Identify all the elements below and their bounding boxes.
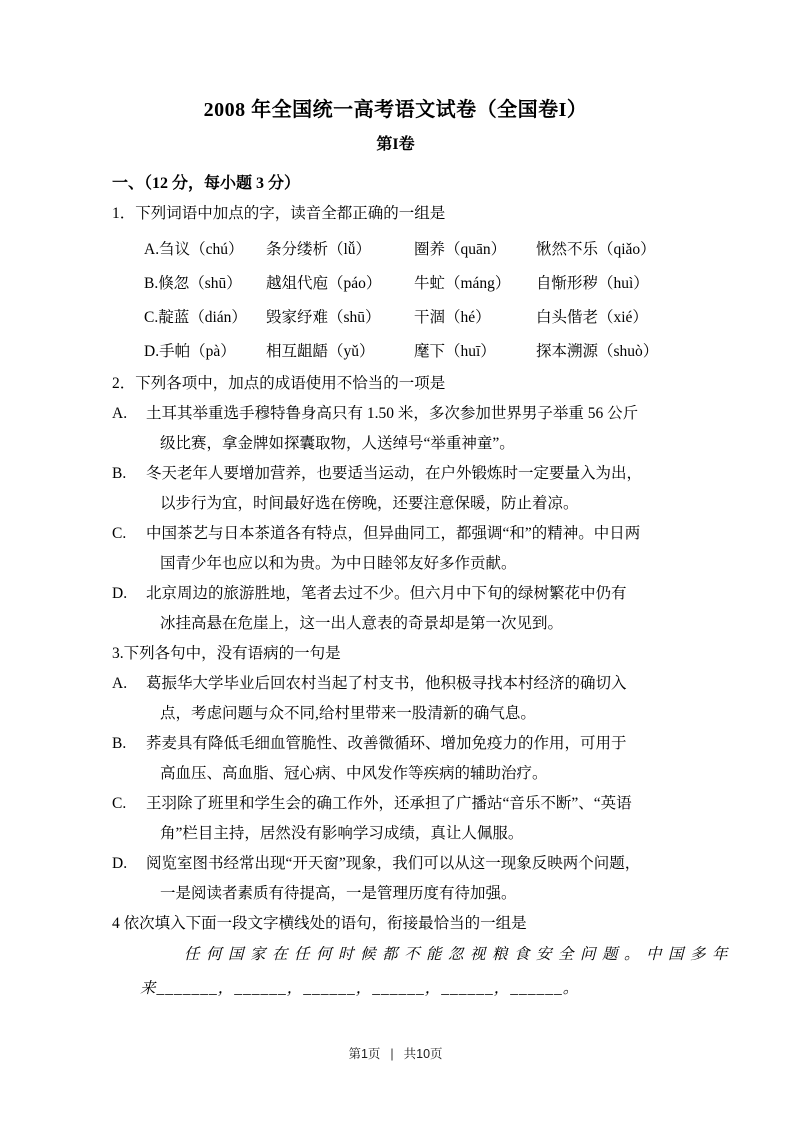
word-item: D.手帕（pà） <box>144 339 266 361</box>
word-item: 白头偕老（xié） <box>536 305 696 327</box>
option-line: 阅览室图书经常出现“开天窗”现象，我们可以从这一现象反映两个问题， <box>146 849 696 879</box>
question-2-option-b: B. 冬天老年人要增加营养，也要适当运动，在户外锻炼时一定要量入为出， 以步行为… <box>112 459 696 519</box>
option-line: 角”栏目主持，居然没有影响学习成绩，真让人佩服。 <box>146 819 696 849</box>
word-item: B.倏忽（shū） <box>144 271 266 293</box>
word-item: 圈养（quān） <box>414 237 536 259</box>
question-1-option-a: A.刍议（chú） 条分缕析（lǚ） 圈养（quān） 愀然不乐（qiǎo） <box>144 231 696 265</box>
word-item: 自惭形秽（huì） <box>536 271 696 293</box>
volume-heading: 第I卷 <box>0 135 791 155</box>
question-3-option-b: B. 荞麦具有降低毛细血管脆性、改善微循环、增加免疫力的作用，可用于 高血压、高… <box>112 729 696 789</box>
word-item: A.刍议（chú） <box>144 237 266 259</box>
page-footer: 第1页|共10页 <box>0 1044 791 1062</box>
word-item: 相互龃龉（yǔ） <box>266 339 414 361</box>
question-3-option-d: D. 阅览室图书经常出现“开天窗”现象，我们可以从这一现象反映两个问题， 一是阅… <box>112 849 696 909</box>
option-line: 级比赛，拿金牌如探囊取物，人送绰号“举重神童”。 <box>146 429 696 459</box>
question-2-option-c: C. 中国茶艺与日本茶道各有特点，但异曲同工，都强调“和”的精神。中日两 国青少… <box>112 519 696 579</box>
question-3-option-a: A. 葛振华大学毕业后回农村当起了村支书，他积极寻找本村经济的确切入 点，考虑问… <box>112 669 696 729</box>
option-line: 王羽除了班里和学生会的确工作外，还承担了广播站“音乐不断”、“英语 <box>146 789 696 819</box>
option-line: 高血压、高血脂、冠心病、中风发作等疾病的辅助治疗。 <box>146 759 696 789</box>
question-1-option-c: C.靛蓝（dián） 毁家纾难（shū） 干涸（hé） 白头偕老（xié） <box>144 299 696 333</box>
option-text: 北京周边的旅游胜地，笔者去过不少。但六月中下旬的绿树繁花中仍有 冰挂高悬在危崖上… <box>146 579 696 639</box>
question-1-stem: 1．下列词语中加点的字，读音全都正确的一组是 <box>112 199 696 229</box>
word-item: 毁家纾难（shū） <box>266 305 414 327</box>
option-text: 葛振华大学毕业后回农村当起了村支书，他积极寻找本村经济的确切入 点，考虑问题与众… <box>146 669 696 729</box>
exam-content: 一、（12 分，每小题 3 分） 1．下列词语中加点的字，读音全都正确的一组是 … <box>112 169 696 1007</box>
question-4-stem: 4 依次填入下面一段文字横线处的语句，衔接最恰当的一组是 <box>112 909 696 939</box>
question-3-stem: 3.下列各句中，没有语病的一句是 <box>112 639 696 669</box>
option-label: D. <box>112 579 146 639</box>
option-line: 葛振华大学毕业后回农村当起了村支书，他积极寻找本村经济的确切入 <box>146 669 696 699</box>
option-label: A. <box>112 399 146 459</box>
option-line: 冬天老年人要增加营养，也要适当运动，在户外锻炼时一定要量入为出， <box>146 459 696 489</box>
question-2-option-a: A. 土耳其举重选手穆特鲁身高只有 1.50 米，多次参加世界男子举重 56 公… <box>112 399 696 459</box>
word-item: C.靛蓝（dián） <box>144 305 266 327</box>
option-text: 土耳其举重选手穆特鲁身高只有 1.50 米，多次参加世界男子举重 56 公斤 级… <box>146 399 696 459</box>
option-line: 荞麦具有降低毛细血管脆性、改善微循环、增加免疫力的作用，可用于 <box>146 729 696 759</box>
option-label: C. <box>112 789 146 849</box>
word-item: 越俎代庖（páo） <box>266 271 414 293</box>
question-3-option-c: C. 王羽除了班里和学生会的确工作外，还承担了广播站“音乐不断”、“英语 角”栏… <box>112 789 696 849</box>
section-1-heading: 一、（12 分，每小题 3 分） <box>112 169 696 199</box>
option-text: 王羽除了班里和学生会的确工作外，还承担了广播站“音乐不断”、“英语 角”栏目主持… <box>146 789 696 849</box>
option-line: 国青少年也应以和为贵。为中日睦邻友好多作贡献。 <box>146 549 696 579</box>
option-line: 中国茶艺与日本茶道各有特点，但异曲同工，都强调“和”的精神。中日两 <box>146 519 696 549</box>
page-number-label: 第1页 <box>348 1047 380 1061</box>
option-text: 中国茶艺与日本茶道各有特点，但异曲同工，都强调“和”的精神。中日两 国青少年也应… <box>146 519 696 579</box>
option-line: 土耳其举重选手穆特鲁身高只有 1.50 米，多次参加世界男子举重 56 公斤 <box>146 399 696 429</box>
word-item: 干涸（hé） <box>414 305 536 327</box>
question-1-options: A.刍议（chú） 条分缕析（lǚ） 圈养（quān） 愀然不乐（qiǎo） B… <box>144 231 696 367</box>
option-text: 荞麦具有降低毛细血管脆性、改善微循环、增加免疫力的作用，可用于 高血压、高血脂、… <box>146 729 696 789</box>
option-label: D. <box>112 849 146 909</box>
question-4-passage: 任何国家在任何时候都不能忽视粮食安全问题。中国多年 <box>184 939 696 971</box>
option-text: 阅览室图书经常出现“开天窗”现象，我们可以从这一现象反映两个问题， 一是阅读者素… <box>146 849 696 909</box>
word-item: 条分缕析（lǚ） <box>266 237 414 259</box>
option-label: A. <box>112 669 146 729</box>
footer-divider: | <box>390 1047 393 1061</box>
question-1-option-b: B.倏忽（shū） 越俎代庖（páo） 牛虻（máng） 自惭形秽（huì） <box>144 265 696 299</box>
word-item: 愀然不乐（qiǎo） <box>536 237 696 259</box>
option-label: B. <box>112 729 146 789</box>
page-total-label: 共10页 <box>404 1047 443 1061</box>
option-line: 冰挂高悬在危崖上，这一出人意表的奇景却是第一次见到。 <box>146 609 696 639</box>
option-text: 冬天老年人要增加营养，也要适当运动，在户外锻炼时一定要量入为出， 以步行为宜，时… <box>146 459 696 519</box>
option-label: B. <box>112 459 146 519</box>
exam-page: 2008 年全国统一高考语文试卷（全国卷I） 第I卷 一、（12 分，每小题 3… <box>0 0 791 1122</box>
page-title: 2008 年全国统一高考语文试卷（全国卷I） <box>0 0 791 123</box>
question-1-option-d: D.手帕（pà） 相互龃龉（yǔ） 麾下（huī） 探本溯源（shuò） <box>144 333 696 367</box>
option-label: C. <box>112 519 146 579</box>
question-2-stem: 2．下列各项中，加点的成语使用不恰当的一项是 <box>112 369 696 399</box>
option-line: 点，考虑问题与众不同,给村里带来一股清新的确气息。 <box>146 699 696 729</box>
question-2-option-d: D. 北京周边的旅游胜地，笔者去过不少。但六月中下旬的绿树繁花中仍有 冰挂高悬在… <box>112 579 696 639</box>
question-4-blank-line: 来_______，______，______，______，______，___… <box>140 971 696 1007</box>
option-line: 一是阅读者素质有待提高，一是管理历度有待加强。 <box>146 879 696 909</box>
word-item: 牛虻（máng） <box>414 271 536 293</box>
option-line: 以步行为宜，时间最好选在傍晚，还要注意保暖，防止着凉。 <box>146 489 696 519</box>
option-line: 北京周边的旅游胜地，笔者去过不少。但六月中下旬的绿树繁花中仍有 <box>146 579 696 609</box>
word-item: 麾下（huī） <box>414 339 536 361</box>
word-item: 探本溯源（shuò） <box>536 339 696 361</box>
